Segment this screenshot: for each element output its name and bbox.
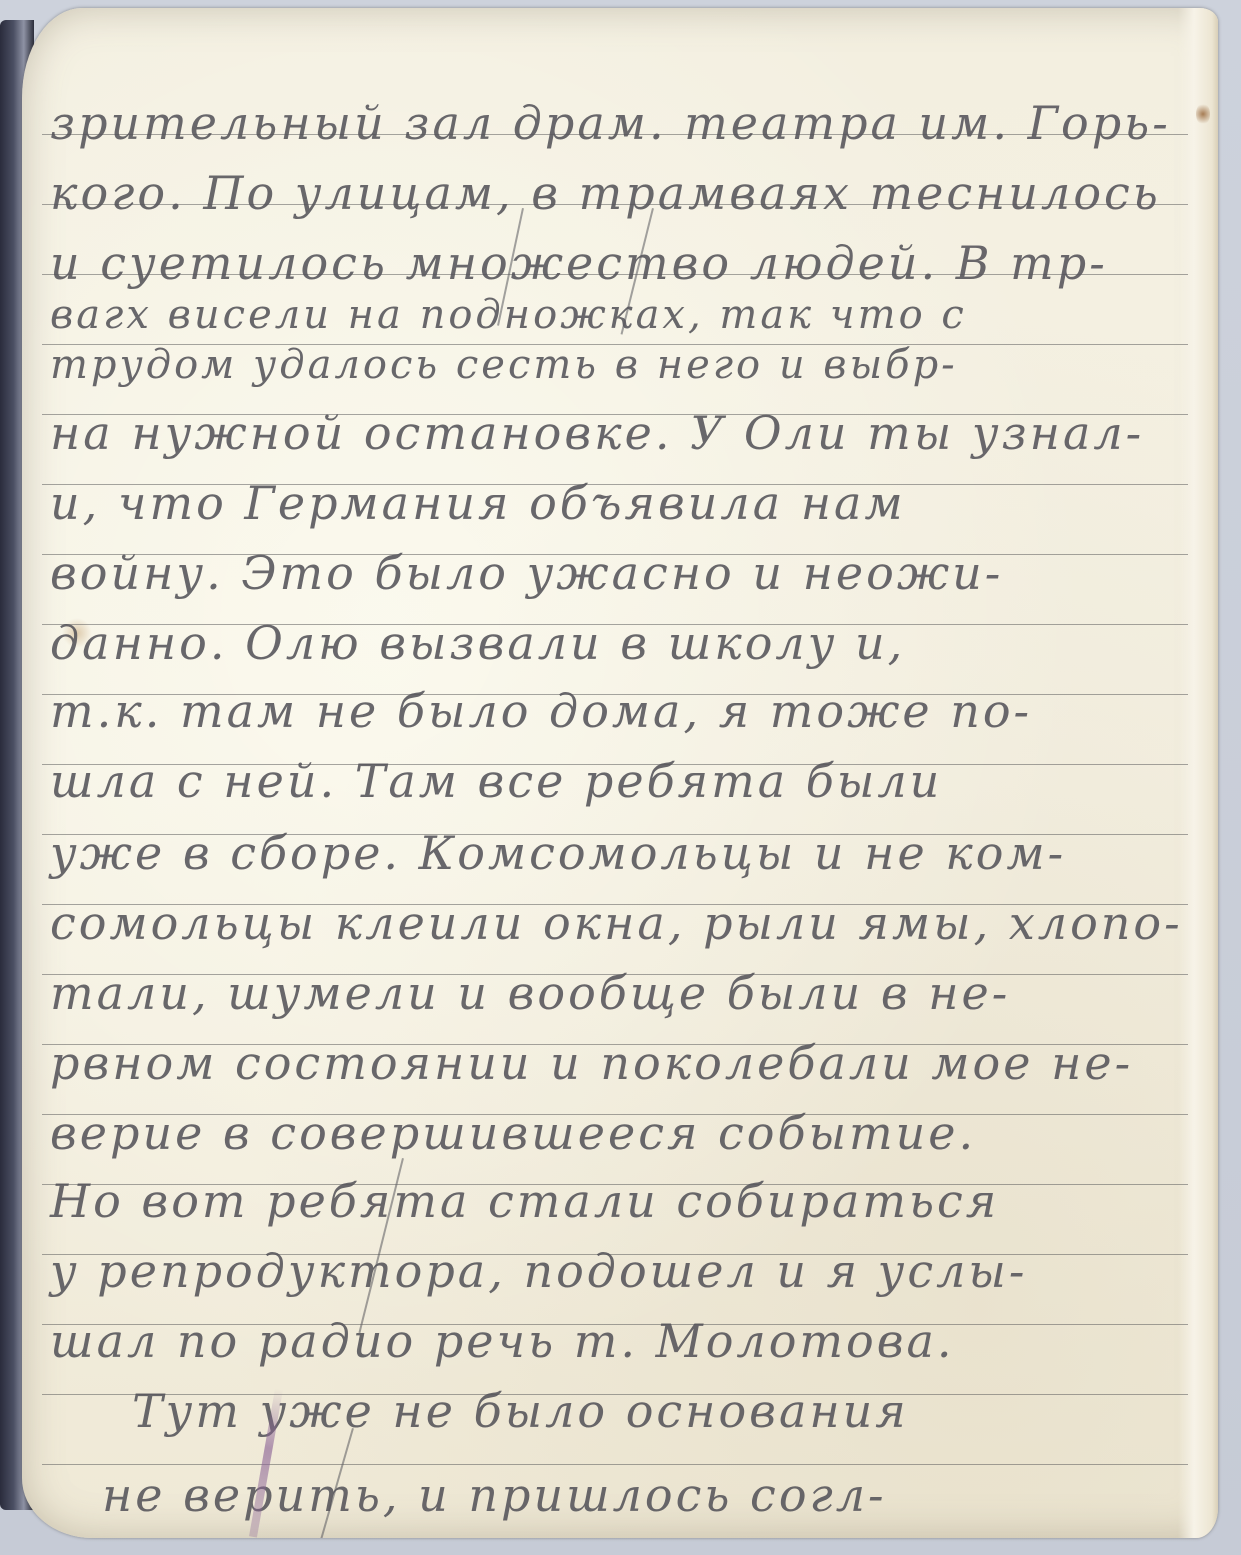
handwritten-line: сомольцы клеили окна, рыли ямы, хлопо-	[50, 896, 1210, 950]
handwritten-line: на нужной остановке. У Оли ты узнал-	[50, 406, 1210, 460]
handwritten-line: Но вот ребята стали собираться	[50, 1174, 1210, 1228]
handwritten-line: трудом удалось сесть в него и выбр-	[50, 342, 1210, 388]
handwritten-line: и, что Германия объявила нам	[50, 476, 1210, 530]
handwritten-line: уже в сборе. Комсомольцы и не ком-	[50, 826, 1210, 880]
handwritten-line: и суетилось множество людей. В тр-	[50, 236, 1210, 290]
handwritten-line: т.к. там не было дома, я тоже по-	[50, 684, 1210, 738]
handwritten-line: рвном состоянии и поколебали мое не-	[50, 1036, 1210, 1090]
handwritten-line: зрительный зал драм. театра им. Горь-	[50, 96, 1210, 150]
handwritten-line: тали, шумели и вообще были в не-	[50, 966, 1210, 1020]
handwritten-line: Тут уже не было основания	[132, 1384, 1218, 1438]
handwritten-line: у репродуктора, подошел и я услы-	[50, 1244, 1210, 1298]
handwritten-line: шал по радио речь т. Молотова.	[50, 1314, 1210, 1368]
handwritten-line: войну. Это было ужасно и неожи-	[50, 546, 1210, 600]
handwritten-line: кого. По улицам, в трамваях теснилось	[50, 166, 1210, 220]
paper-page: зрительный зал драм. театра им. Горь- ко…	[22, 8, 1218, 1538]
handwritten-line: данно. Олю вызвали в школу и,	[50, 616, 1210, 670]
handwritten-line: не верить, и пришлось согл-	[102, 1468, 1218, 1522]
ruled-line	[42, 1464, 1188, 1465]
scanned-notebook-page: зрительный зал драм. театра им. Горь- ко…	[0, 0, 1241, 1555]
handwritten-line: верие в совершившееся событие.	[50, 1106, 1210, 1160]
handwritten-line: шла с ней. Там все ребята были	[50, 754, 1210, 808]
